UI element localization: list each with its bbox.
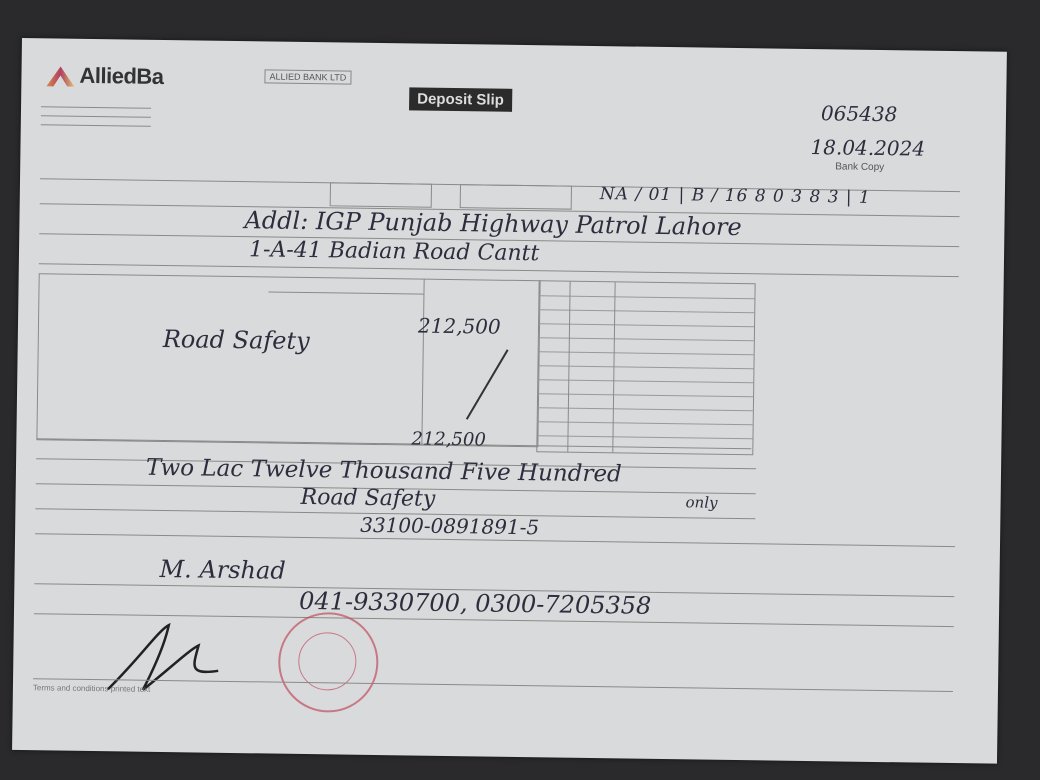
- strike-slash-icon: [457, 344, 518, 425]
- deposit-amount: 212,500: [418, 314, 501, 339]
- deposit-purpose: Road Safety: [163, 325, 310, 355]
- denomination-table: [536, 280, 755, 455]
- bank-legal-name: ALLIED BANK LTD: [264, 69, 351, 84]
- cnic-number: 33100-0891891-5: [360, 513, 539, 539]
- branch-code-boxes: [330, 182, 432, 207]
- amount-in-words: Two Lac Twelve Thousand Five Hundred: [146, 455, 622, 488]
- branch-label-block: [41, 100, 181, 105]
- copy-label: Bank Copy: [835, 161, 884, 173]
- deposit-slip: AlliedBa ALLIED BANK LTD Deposit Slip 06…: [12, 38, 1007, 764]
- account-title-line-2: 1-A-41 Badian Road Cantt: [249, 237, 540, 266]
- depositor-name: M. Arshad: [159, 555, 285, 585]
- bank-code-boxes: [460, 184, 572, 210]
- narration: Road Safety: [300, 485, 435, 512]
- footer-disclaimer: Terms and conditions printed text: [33, 683, 953, 706]
- account-title-line-1: Addl: IGP Punjab Highway Patrol Lahore: [244, 206, 742, 241]
- bank-logo-text: AlliedBa: [79, 63, 163, 90]
- total-amount: 212,500: [411, 428, 486, 450]
- account-number: NA / 01 | B / 16 8 0 3 8 3 | 1: [600, 184, 871, 208]
- serial-number: 065438: [821, 101, 898, 126]
- bank-logo-icon: [46, 66, 74, 86]
- amount-words-suffix: only: [685, 493, 717, 511]
- depositor-phone: 041-9330700, 0300-7205358: [299, 587, 651, 620]
- deposit-date: 18.04.2024: [810, 135, 925, 161]
- form-title: Deposit Slip: [409, 87, 512, 111]
